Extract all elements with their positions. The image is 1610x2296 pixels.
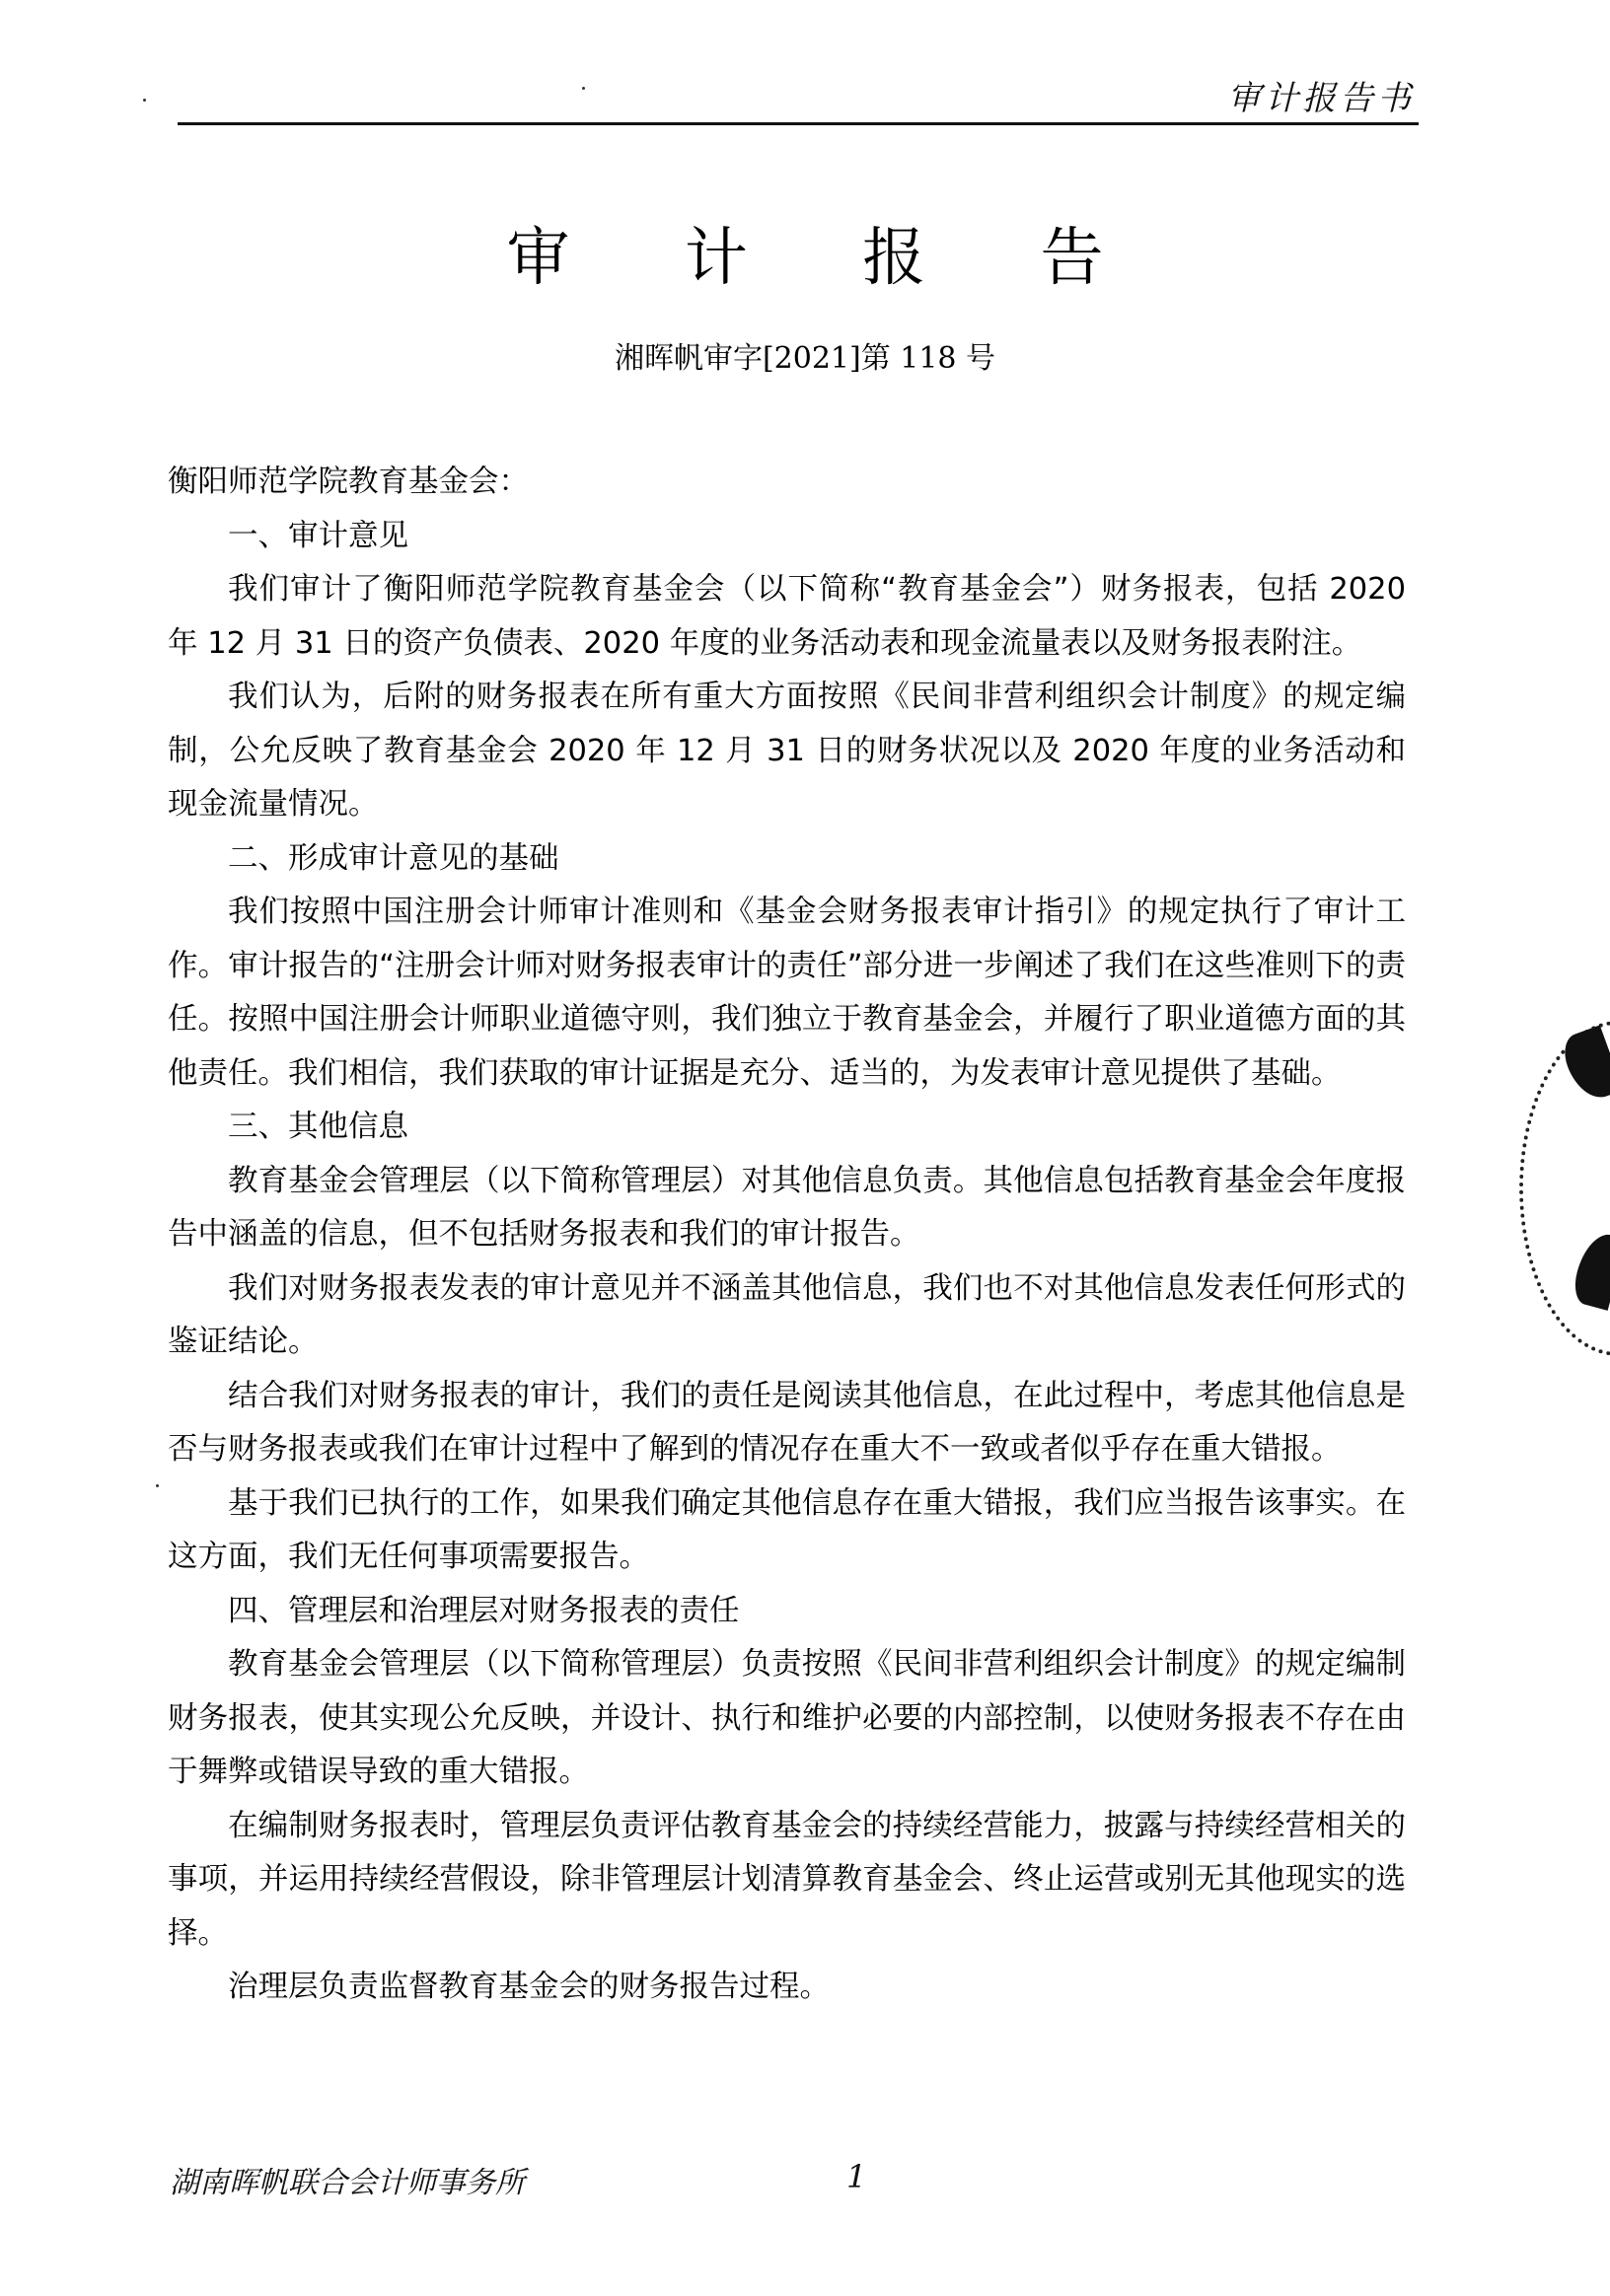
header-rule xyxy=(178,122,1419,125)
paragraph: 教育基金会管理层（以下简称管理层）对其他信息负责。其他信息包括教育基金会年度报告… xyxy=(168,1155,1406,1262)
scan-speck xyxy=(156,1484,159,1487)
section-heading-management-responsibility: 四、管理层和治理层对财务报表的责任 xyxy=(168,1585,1406,1639)
paragraph: 我们认为，后附的财务报表在所有重大方面按照《民间非营利组织会计制度》的规定编制，… xyxy=(168,671,1406,832)
section-heading-audit-opinion: 一、审计意见 xyxy=(168,510,1406,564)
section-heading-basis-for-opinion: 二、形成审计意见的基础 xyxy=(168,832,1406,887)
paragraph: 我们对财务报表发表的审计意见并不涵盖其他信息，我们也不对其他信息发表任何形式的鉴… xyxy=(168,1262,1406,1370)
reference-number: 湘晖帆审字[2021]第 118 号 xyxy=(0,333,1610,377)
paragraph: 基于我们已执行的工作，如果我们确定其他信息存在重大错报，我们应当报告该事实。在这… xyxy=(168,1477,1406,1585)
paragraph: 治理层负责监督教育基金会的财务报告过程。 xyxy=(168,1961,1406,2015)
addressee: 衡阳师范学院教育基金会： xyxy=(168,456,1406,510)
paragraph: 教育基金会管理层（以下简称管理层）负责按照《民间非营利组织会计制度》的规定编制财… xyxy=(168,1638,1406,1800)
paragraph: 结合我们对财务报表的审计，我们的责任是阅读其他信息，在此过程中，考虑其他信息是否… xyxy=(168,1370,1406,1477)
section-heading-other-information: 三、其他信息 xyxy=(168,1101,1406,1155)
report-body: 衡阳师范学院教育基金会： 一、审计意见 我们审计了衡阳师范学院教育基金会（以下简… xyxy=(168,456,1406,2015)
scan-speck xyxy=(143,99,146,102)
paragraph: 我们审计了衡阳师范学院教育基金会（以下简称“教育基金会”）财务报表，包括 202… xyxy=(168,563,1406,671)
document-title: 审 计 报 告 xyxy=(0,207,1610,298)
scan-speck xyxy=(582,87,585,90)
page-number: 1 xyxy=(846,2158,866,2195)
paragraph: 在编制财务报表时，管理层负责评估教育基金会的持续经营能力，披露与持续经营相关的事… xyxy=(168,1800,1406,1962)
header-label: 审计报告书 xyxy=(1227,71,1415,119)
paragraph: 我们按照中国注册会计师审计准则和《基金会财务报表审计指引》的规定执行了审计工作。… xyxy=(168,886,1406,1101)
footer-firm-name: 湖南晖帆联合会计师事务所 xyxy=(170,2158,525,2201)
